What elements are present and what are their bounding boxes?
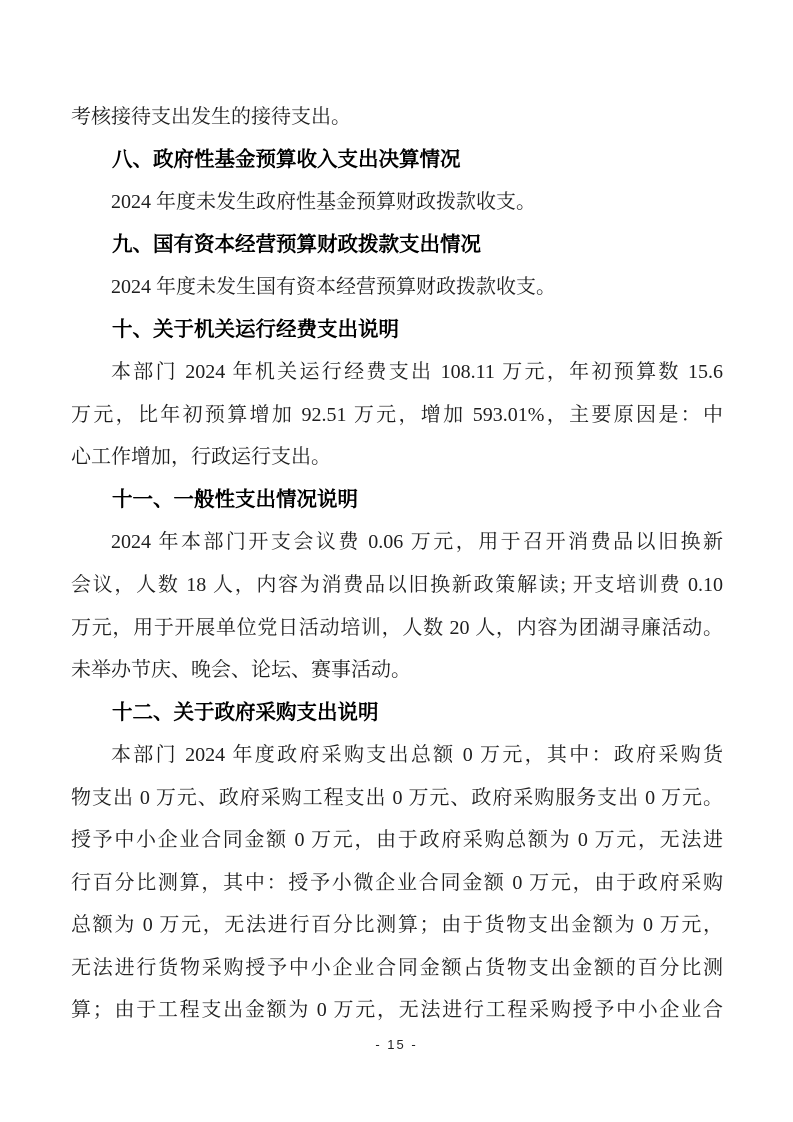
section-11-heading: 十一、一般性支出情况说明: [71, 479, 723, 522]
section-10-body-line-2: 万元，比年初预算增加 92.51 万元，增加 593.01%，主要原因是：中: [71, 394, 723, 437]
section-12-body-line-5: 总额为 0 万元，无法进行百分比测算；由于货物支出金额为 0 万元，: [71, 904, 723, 947]
section-12-body-line-1: 本部门 2024 年度政府采购支出总额 0 万元，其中：政府采购货: [71, 734, 723, 777]
section-8-heading: 八、政府性基金预算收入支出决算情况: [71, 139, 723, 182]
section-11-body-line-2: 会议，人数 18 人，内容为消费品以旧换新政策解读; 开支培训费 0.10: [71, 564, 723, 607]
section-12-body-line-3: 授予中小企业合同金额 0 万元，由于政府采购总额为 0 万元，无法进: [71, 819, 723, 862]
section-12-body-line-2: 物支出 0 万元、政府采购工程支出 0 万元、政府采购服务支出 0 万元。: [71, 777, 723, 820]
section-12-heading: 十二、关于政府采购支出说明: [71, 692, 723, 735]
page-number: - 15 -: [0, 1033, 793, 1057]
document-page: 考核接待支出发生的接待支出。 八、政府性基金预算收入支出决算情况 2024 年度…: [0, 0, 793, 1122]
section-10-body-line-1: 本部门 2024 年机关运行经费支出 108.11 万元，年初预算数 15.6: [71, 351, 723, 394]
paragraph-continuation-line: 考核接待支出发生的接待支出。: [71, 96, 723, 139]
section-9-heading: 九、国有资本经营预算财政拨款支出情况: [71, 224, 723, 267]
section-10-heading: 十、关于机关运行经费支出说明: [71, 309, 723, 352]
section-11-body-line-1: 2024 年本部门开支会议费 0.06 万元，用于召开消费品以旧换新: [71, 521, 723, 564]
document-body: 考核接待支出发生的接待支出。 八、政府性基金预算收入支出决算情况 2024 年度…: [71, 96, 723, 1032]
section-12-body-line-6: 无法进行货物采购授予中小企业合同金额占货物支出金额的百分比测: [71, 947, 723, 990]
section-10-body-line-3: 心工作增加，行政运行支出。: [71, 436, 723, 479]
section-8-body-line: 2024 年度未发生政府性基金预算财政拨款收支。: [71, 181, 723, 224]
section-9-body-line: 2024 年度未发生国有资本经营预算财政拨款收支。: [71, 266, 723, 309]
section-11-body-line-3: 万元，用于开展单位党日活动培训，人数 20 人，内容为团湖寻廉活动。: [71, 607, 723, 650]
section-12-body-line-7: 算；由于工程支出金额为 0 万元，无法进行工程采购授予中小企业合: [71, 989, 723, 1032]
section-12-body-line-4: 行百分比测算，其中：授予小微企业合同金额 0 万元，由于政府采购: [71, 862, 723, 905]
section-11-body-line-4: 未举办节庆、晚会、论坛、赛事活动。: [71, 649, 723, 692]
